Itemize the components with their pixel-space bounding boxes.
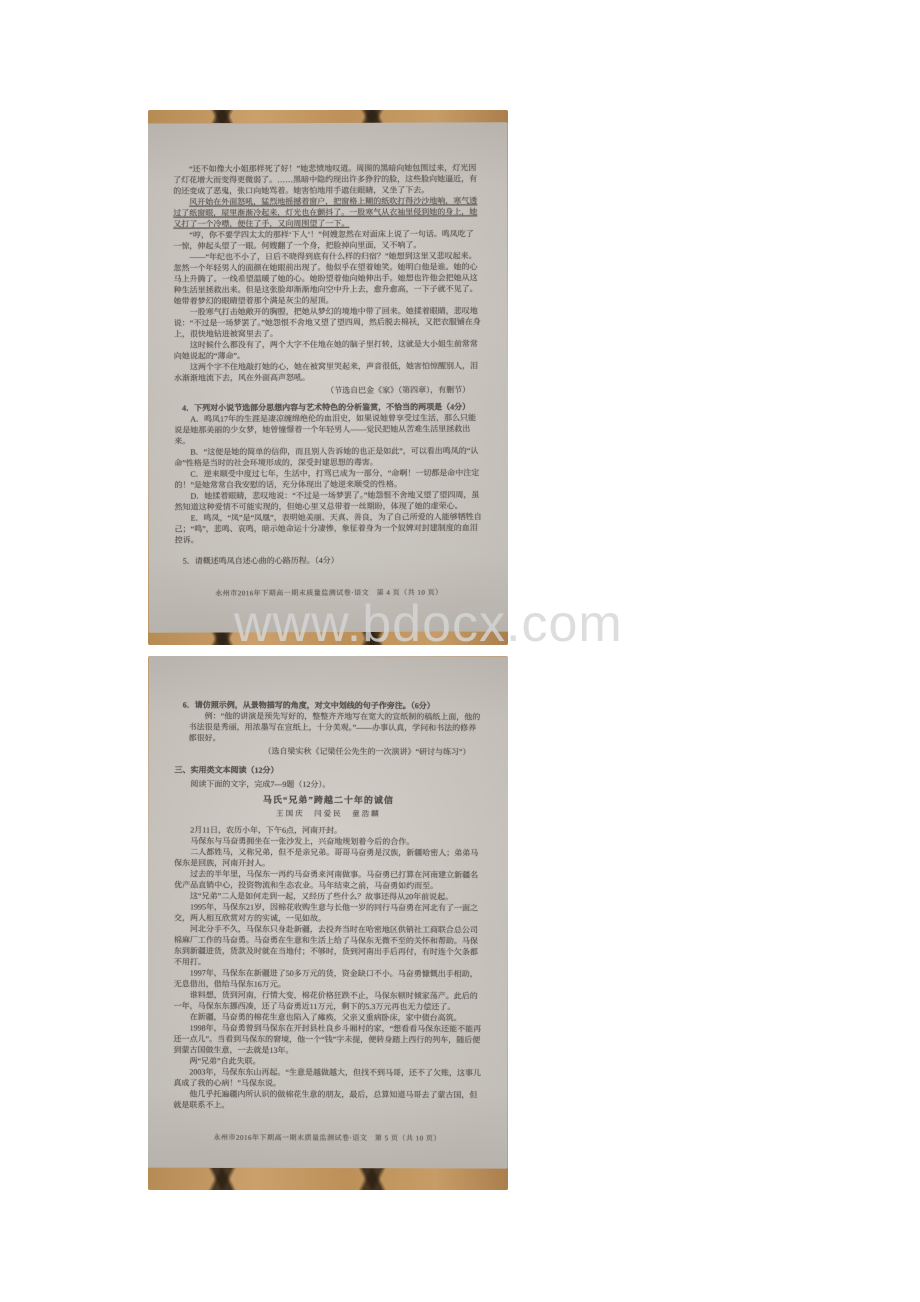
exam-photo-page-5: 6．请仿照示例，从景物描写的角度，对文中划线的句子作旁注。（6分） 例：“他的讲…: [148, 656, 508, 1190]
reading-instruction: 阅读下面的文字，完成7—9题（12分）。: [174, 778, 482, 790]
article-title: 马氏“兄弟”跨越二十年的诚信: [174, 794, 482, 806]
article-paragraph: 过去的半年里，马保东一再约马奋勇来河南做事。马奋勇已打算在河南建立新疆名优产品直…: [174, 868, 482, 891]
example-source: （选自梁实秋《记梁任公先生的一次演讲》“研讨与练习”）: [175, 745, 483, 757]
page-footer: 永州市2016年下期高一期末质量监测试卷·语文 第 4 页（共 10 页）: [175, 587, 483, 599]
novel-paragraph: 这时候什么都没有了，两个大字不住地在她的脑子里打转，这就是大小姐生前常常向她说起…: [174, 338, 482, 361]
article-authors: 王国庆 闫爱民 童浩麟: [174, 807, 482, 819]
article-paragraph: 他几乎托遍疆内所认识的做棉花生意的朋友，最后，总算知道马哥去了蒙古国，但就是联系…: [173, 1088, 481, 1111]
exam-photo-page-4: “还不如像大小姐那样死了好！”她悲愤地叹道。周围的黑暗向她包围过来，灯光因了灯花…: [148, 110, 508, 645]
article-paragraph: 1998年，马奋勇曾到马保东在开封县杜良乡斗厢村的家，“想看看马保东还能不能再还…: [173, 1022, 481, 1056]
article-paragraph: 二人都姓马，又称兄弟，但不是亲兄弟。哥哥马奋勇是汉族，新疆哈密人；弟弟马保东是回…: [174, 846, 482, 869]
section-heading: 三、实用类文本阅读（12分）: [174, 764, 482, 776]
novel-paragraph: 这两个字不住地敲打她的心，她在被窝里哭起来，声音很低，她害怕惊醒别人，泪水渐渐地…: [174, 360, 482, 383]
novel-paragraph: 一股寒气打击她敞开的胸膛，把她从梦幻的境地中带了回来。她揉着眼睛，悲叹地说：“不…: [174, 305, 482, 339]
question-4-option-e: E．鸣凤，“凤”是“凤凰”，表明她美丽、天真、善良，为了自己所爱的人能够牺牲自己…: [175, 511, 483, 545]
novel-paragraph: ——“年纪也不小了，日后不晓得到底有什么样的归宿？”她想到这里又悲叹起来。忽然一…: [173, 250, 481, 306]
question-5-stem: 5．请概述鸣凤自述心曲的心路历程。（4分）: [175, 554, 483, 566]
floor-background: [148, 110, 508, 123]
article-paragraph: 谁料想，货到河南，行情大变，棉花价格狂跌不止，马保东顿时倾家荡产。此后的一年，马…: [174, 989, 482, 1012]
excerpt-source: （节选自巴金《家》（第四章），有删节）: [174, 384, 482, 396]
floor-background: [148, 1168, 508, 1190]
novel-paragraph: “哼，你不要学四太太的那样‘下人’！”何嫂忽然在对面床上说了一句话。鸣凤吃了一惊…: [173, 228, 481, 251]
exam-paper-page-5: 6．请仿照示例，从景物描写的角度，对文中划线的句子作旁注。（6分） 例：“他的讲…: [148, 656, 508, 1169]
floor-background: [148, 632, 508, 645]
question-4-option-a: A．鸣凤17年的生涯是凄凉缠绵绝伦的血泪史，如果说她曾享受过生活，那么只能说是她…: [174, 412, 482, 446]
article-paragraph: 河北分手不久，马保东只身赴新疆，去投奔当时在哈密地区供销社工商联合总公司棉麻厂工…: [174, 923, 482, 968]
article-paragraph: 1995年，马保东21岁，因棉花收购生意与长他一岁的同行马奋勇在河北有了一面之交…: [174, 901, 482, 924]
question-4-option-b: B．“这便是她的简单的信仰，而且别人告诉她的也正是如此”，可以看出鸣凤的“认命”…: [174, 445, 482, 468]
question-6-example: 例：“他的讲演是预先写好的，整整齐齐地写在宽大的宣纸制的稿纸上面，他的书法很是秀…: [175, 710, 483, 744]
novel-paragraph-underlined: 风开始在外面怒吼，猛烈地摇撼着窗户，把窗格上糊的纸吹打得沙沙地响，寒气透过了纸窗…: [173, 195, 481, 229]
exam-paper-page-4: “还不如像大小姐那样死了好！”她悲愤地叹道。周围的黑暗向她包围过来，灯光因了灯花…: [148, 122, 508, 633]
question-4-option-d: D．她揉着眼睛，悲叹地说：“不过是一场梦罢了。”她怨恨不舍地又望了望四周，虽然知…: [174, 489, 482, 512]
article-paragraph: 1997年，马保东在新疆进了50多万元的货，资金缺口不小。马奋勇慷慨出手相助，无…: [174, 967, 482, 990]
page-footer: 永州市2016年下期高一期末质量监测试卷·语文 第 5 页（共 10 页）: [173, 1132, 481, 1144]
article-paragraph: 2003年，马保东东山再起。“生意是越做越大，但找不到马哥，还不了欠账，这事儿真…: [173, 1066, 481, 1089]
question-4-option-c: C．逆来顺受中度过七年，生活中，打骂已成为一部分，“命啊！一切都是命中注定的！”…: [174, 467, 482, 490]
novel-paragraph: “还不如像大小姐那样死了好！”她悲愤地叹道。周围的黑暗向她包围过来，灯光因了灯花…: [173, 162, 481, 196]
